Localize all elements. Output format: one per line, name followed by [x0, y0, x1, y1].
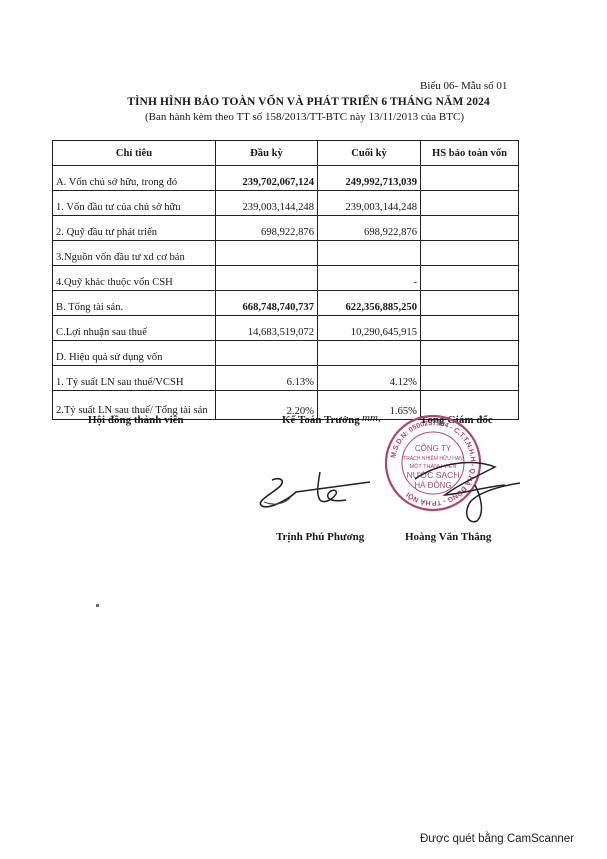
cell-indicator: 1. Vốn đầu tư của chủ sở hữu	[53, 191, 216, 216]
cell-start-period: 6.13%	[216, 366, 318, 391]
cell-end-period	[318, 241, 421, 266]
table-header-row: Chỉ tiêu Đầu kỳ Cuối kỳ HS bảo toàn vốn	[53, 141, 519, 166]
director-name: Hoàng Văn Thắng	[405, 531, 491, 543]
cell-start-period	[216, 241, 318, 266]
cell-end-period: -	[318, 266, 421, 291]
cell-end-period: 249,992,713,039	[318, 166, 421, 191]
cell-start-period	[216, 341, 318, 366]
chief-accountant-label: Kế Toán Trưởng	[282, 414, 360, 426]
document-subtitle: (Ban hành kèm theo TT số 158/2013/TT-BTC…	[0, 111, 607, 123]
cell-start-period: 14,683,519,072	[216, 316, 318, 341]
accountant-initials: mm,	[362, 412, 381, 424]
cell-preservation-ratio	[421, 366, 519, 391]
column-header-preservation-ratio: HS bảo toàn vốn	[421, 141, 519, 166]
table-row: 1. Vốn đầu tư của chủ sở hữu239,003,144,…	[53, 191, 519, 216]
cell-preservation-ratio	[421, 266, 519, 291]
document-title: TÌNH HÌNH BẢO TOÀN VỐN VÀ PHÁT TRIỂN 6 T…	[0, 96, 607, 108]
cell-preservation-ratio	[421, 166, 519, 191]
table-row: 2. Quỹ đầu tư phát triển698,922,876698,9…	[53, 216, 519, 241]
scan-speck	[96, 604, 99, 607]
table-row: A. Vốn chủ sở hữu, trong đó239,702,067,1…	[53, 166, 519, 191]
column-header-indicator: Chỉ tiêu	[53, 141, 216, 166]
cell-end-period: 4.12%	[318, 366, 421, 391]
table-row: 3.Nguồn vốn đầu tư xd cơ bản	[53, 241, 519, 266]
director-signature	[415, 455, 525, 530]
cell-preservation-ratio	[421, 241, 519, 266]
cell-indicator: 4.Quỹ khác thuộc vốn CSH	[53, 266, 216, 291]
cell-start-period: 239,003,144,248	[216, 191, 318, 216]
cell-end-period	[318, 341, 421, 366]
cell-start-period	[216, 266, 318, 291]
cell-indicator: C.Lợi nhuận sau thuế	[53, 316, 216, 341]
svg-text:CÔNG TY: CÔNG TY	[415, 444, 452, 453]
column-header-end-period: Cuối kỳ	[318, 141, 421, 166]
cell-preservation-ratio	[421, 341, 519, 366]
accountant-name: Trịnh Phú Phương	[276, 531, 364, 543]
cell-start-period: 668,748,740,737	[216, 291, 318, 316]
camscanner-footer: Được quét bằng CamScanner	[420, 833, 574, 845]
board-label: Hội đồng thành viên	[88, 414, 184, 426]
table-row: D. Hiệu quả sử dụng vốn	[53, 341, 519, 366]
cell-preservation-ratio	[421, 291, 519, 316]
cell-indicator: 3.Nguồn vốn đầu tư xd cơ bản	[53, 241, 216, 266]
table-row: 1. Tỷ suất LN sau thuế/VCSH6.13%4.12%	[53, 366, 519, 391]
cell-preservation-ratio	[421, 316, 519, 341]
column-header-start-period: Đầu kỳ	[216, 141, 318, 166]
cell-indicator: D. Hiệu quả sử dụng vốn	[53, 341, 216, 366]
cell-indicator: 1. Tỷ suất LN sau thuế/VCSH	[53, 366, 216, 391]
table-row: B. Tổng tài sản.668,748,740,737622,356,8…	[53, 291, 519, 316]
capital-preservation-table: Chỉ tiêu Đầu kỳ Cuối kỳ HS bảo toàn vốn …	[52, 140, 519, 420]
cell-indicator: 2. Quỹ đầu tư phát triển	[53, 216, 216, 241]
cell-end-period: 622,356,885,250	[318, 291, 421, 316]
cell-indicator: B. Tổng tài sản.	[53, 291, 216, 316]
cell-preservation-ratio	[421, 191, 519, 216]
cell-end-period: 239,003,144,248	[318, 191, 421, 216]
table-row: C.Lợi nhuận sau thuế14,683,519,07210,290…	[53, 316, 519, 341]
accountant-signature	[250, 468, 380, 513]
cell-preservation-ratio	[421, 216, 519, 241]
cell-start-period: 698,922,876	[216, 216, 318, 241]
cell-end-period: 698,922,876	[318, 216, 421, 241]
cell-indicator: A. Vốn chủ sở hữu, trong đó	[53, 166, 216, 191]
cell-start-period: 239,702,067,124	[216, 166, 318, 191]
cell-end-period: 10,290,645,915	[318, 316, 421, 341]
form-code: Biểu 06- Mẫu số 01	[420, 80, 507, 92]
table-row: 4.Quỹ khác thuộc vốn CSH-	[53, 266, 519, 291]
